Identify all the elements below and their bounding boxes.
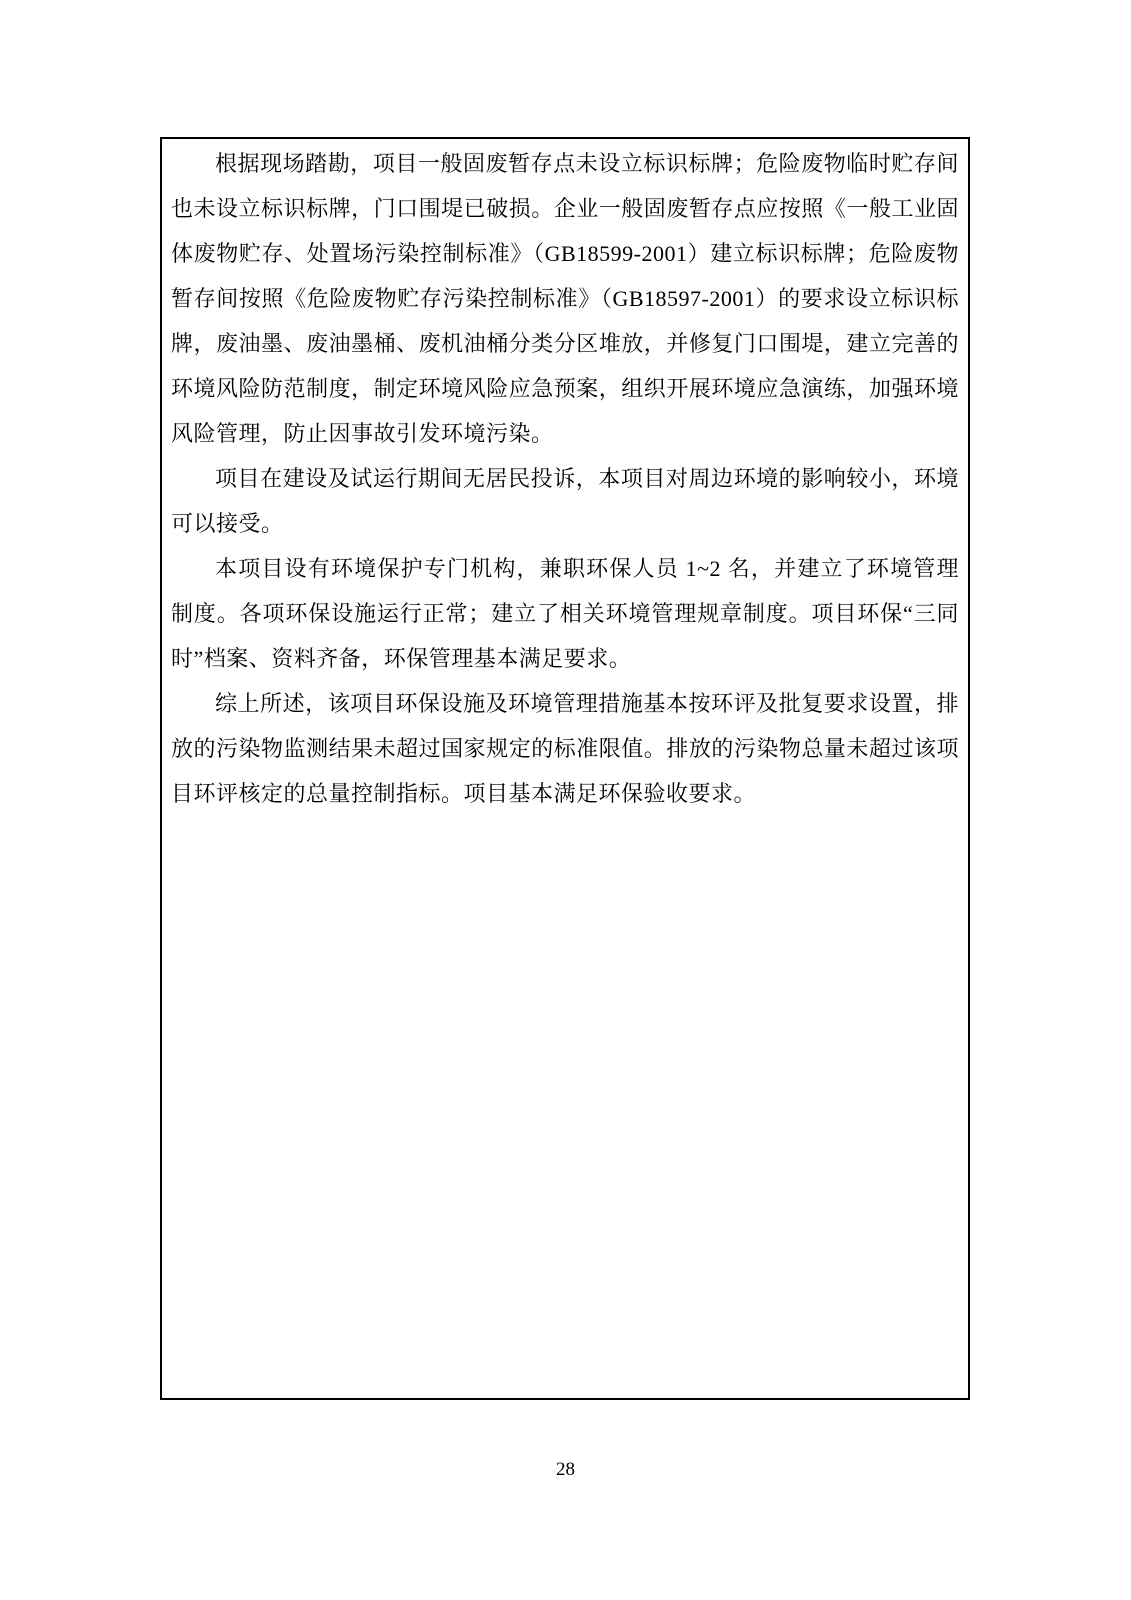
table-cell: 根据现场踏勘，项目一般固废暂存点未设立标识标牌；危险废物临时贮存间也未设立标识标… <box>160 137 970 1400</box>
paragraph-conclusion: 综上所述，该项目环保设施及环境管理措施基本按环评及批复要求设置，排放的污染物监测… <box>171 681 959 816</box>
paragraph-env-management: 本项目设有环境保护专门机构，兼职环保人员 1~2 名，并建立了环境管理制度。各项… <box>171 546 959 681</box>
paragraph-public-complaints: 项目在建设及试运行期间无居民投诉，本项目对周边环境的影响较小，环境可以接受。 <box>171 456 959 546</box>
page-number: 28 <box>0 1457 1131 1483</box>
paragraph-site-survey: 根据现场踏勘，项目一般固废暂存点未设立标识标牌；危险废物临时贮存间也未设立标识标… <box>171 141 959 456</box>
document-page: 根据现场踏勘，项目一般固废暂存点未设立标识标牌；危险废物临时贮存间也未设立标识标… <box>0 0 1131 1600</box>
